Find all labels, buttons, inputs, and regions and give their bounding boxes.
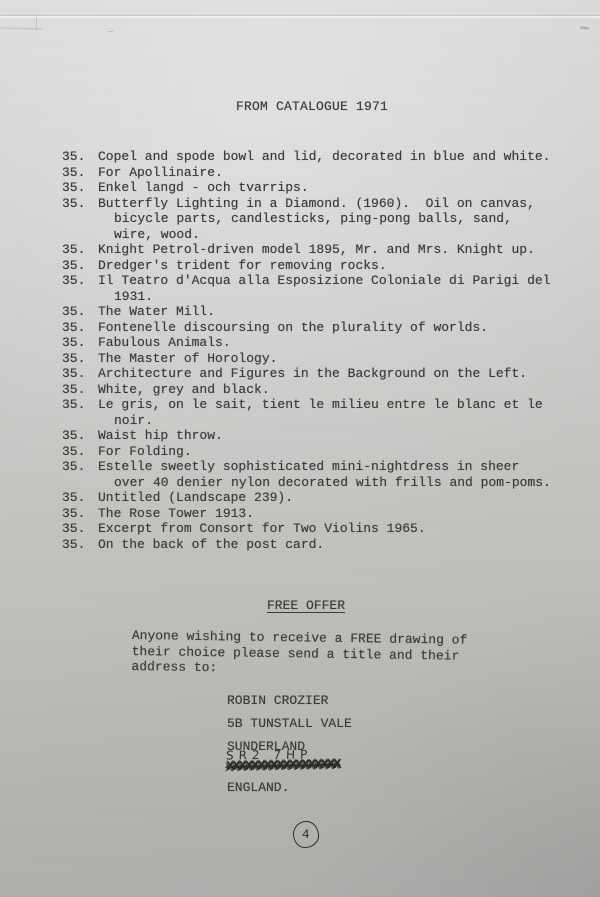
item-text-line: On the back of the post card. (98, 537, 587, 553)
item-number: 35. (62, 335, 98, 351)
item-text-line: Butterfly Lighting in a Diamond. (1960).… (98, 196, 587, 212)
item-number: 35. (62, 149, 98, 165)
list-item: 35.The Water Mill. (62, 304, 587, 320)
item-text: White, grey and black. (98, 382, 587, 398)
item-number: 35. (62, 459, 98, 490)
address-name: ROBIN CROZIER (227, 693, 328, 708)
item-number: 35. (62, 320, 98, 336)
free-offer-paragraph: Anyone wishing to receive a FREE drawing… (131, 628, 467, 679)
item-text-line: Dredger's trident for removing rocks. (98, 258, 587, 274)
item-text: Excerpt from Consort for Two Violins 196… (98, 521, 587, 537)
item-text-line: Fabulous Animals. (98, 335, 587, 351)
item-text-line: Le gris, on le sait, tient le milieu ent… (98, 397, 587, 413)
item-number: 35. (62, 506, 98, 522)
item-text-line: wire, wood. (98, 227, 587, 243)
free-offer-heading: FREE OFFER (267, 598, 345, 613)
item-text: Enkel langd - och tvarrips. (98, 180, 587, 196)
page-title: FROM CATALOGUE 1971 (236, 99, 388, 114)
item-number: 35. (62, 382, 98, 398)
item-text: On the back of the post card. (98, 537, 587, 553)
item-text-line: The Rose Tower 1913. (98, 506, 587, 522)
address-obliterated-line: XXXXXXXXXXXXXXXXXX (226, 757, 340, 774)
item-text-line: Estelle sweetly sophisticated mini-night… (98, 459, 587, 475)
item-number: 35. (62, 366, 98, 382)
item-text: Il Teatro d'Acqua alla Esposizione Colon… (98, 273, 587, 304)
item-text-line: bicycle parts, candlesticks, ping-pong b… (98, 211, 587, 227)
item-text: Architecture and Figures in the Backgrou… (98, 366, 587, 382)
item-number: 35. (62, 351, 98, 367)
item-text-line: Untitled (Landscape 239). (98, 490, 587, 506)
scanned-document-page: FROM CATALOGUE 1971 35.Copel and spode b… (0, 0, 600, 897)
item-text-line: Knight Petrol-driven model 1895, Mr. and… (98, 242, 587, 258)
item-text: Fontenelle discoursing on the plurality … (98, 320, 587, 336)
item-number: 35. (62, 521, 98, 537)
item-text-line: Il Teatro d'Acqua alla Esposizione Colon… (98, 273, 587, 289)
item-text-line: Architecture and Figures in the Backgrou… (98, 366, 587, 382)
list-item: 35.White, grey and black. (62, 382, 587, 398)
item-text-line: For Apollinaire. (98, 165, 587, 181)
item-text: Fabulous Animals. (98, 335, 587, 351)
list-item: 35.Il Teatro d'Acqua alla Esposizione Co… (62, 273, 587, 304)
paper-speck (108, 31, 113, 32)
item-number: 35. (62, 180, 98, 196)
item-number: 35. (62, 444, 98, 460)
item-number: 35. (62, 242, 98, 258)
list-item: 35.On the back of the post card. (62, 537, 587, 553)
item-text-line: The Water Mill. (98, 304, 587, 320)
item-text-line: Copel and spode bowl and lid, decorated … (98, 149, 587, 165)
list-item: 35.For Apollinaire. (62, 165, 587, 181)
list-item: 35.Architecture and Figures in the Backg… (62, 366, 587, 382)
list-item: 35.Butterfly Lighting in a Diamond. (196… (62, 196, 587, 243)
item-text-line: Waist hip throw. (98, 428, 587, 444)
item-text: Knight Petrol-driven model 1895, Mr. and… (98, 242, 587, 258)
list-item: 35.The Rose Tower 1913. (62, 506, 587, 522)
item-number: 35. (62, 304, 98, 320)
list-item: 35.Fabulous Animals. (62, 335, 587, 351)
item-number: 35. (62, 397, 98, 428)
item-text: The Rose Tower 1913. (98, 506, 587, 522)
item-text-line: Enkel langd - och tvarrips. (98, 180, 587, 196)
item-number: 35. (62, 165, 98, 181)
item-text-line: over 40 denier nylon decorated with fril… (98, 475, 587, 491)
item-text: Le gris, on le sait, tient le milieu ent… (98, 397, 587, 428)
address-country: ENGLAND. (227, 780, 289, 795)
item-text-line: noir. (98, 413, 587, 429)
item-text-line: For Folding. (98, 444, 587, 460)
list-item: 35.Knight Petrol-driven model 1895, Mr. … (62, 242, 587, 258)
item-text-line: The Master of Horology. (98, 351, 587, 367)
list-item: 35.Le gris, on le sait, tient le milieu … (62, 397, 587, 428)
list-item: 35.Untitled (Landscape 239). (62, 490, 587, 506)
item-text: Copel and spode bowl and lid, decorated … (98, 149, 587, 165)
item-number: 35. (62, 537, 98, 553)
list-item: 35.Waist hip throw. (62, 428, 587, 444)
list-item: 35.Dredger's trident for removing rocks. (62, 258, 587, 274)
paper-speck (580, 26, 589, 29)
item-text-line: Fontenelle discoursing on the plurality … (98, 320, 587, 336)
item-text-line: 1931. (98, 289, 587, 305)
list-item: 35.The Master of Horology. (62, 351, 587, 367)
item-text: The Water Mill. (98, 304, 587, 320)
item-number: 35. (62, 490, 98, 506)
item-number: 35. (62, 273, 98, 304)
item-text: Waist hip throw. (98, 428, 587, 444)
item-text: Butterfly Lighting in a Diamond. (1960).… (98, 196, 587, 243)
list-item: 35.For Folding. (62, 444, 587, 460)
item-text: Dredger's trident for removing rocks. (98, 258, 587, 274)
item-text: For Apollinaire. (98, 165, 587, 181)
item-text: The Master of Horology. (98, 351, 587, 367)
list-item: 35.Fontenelle discoursing on the plurali… (62, 320, 587, 336)
item-text-line: Excerpt from Consort for Two Violins 196… (98, 521, 587, 537)
item-text: Estelle sweetly sophisticated mini-night… (98, 459, 587, 490)
address-street: 5B TUNSTALL VALE (227, 716, 352, 731)
fold-crease-tick (36, 16, 37, 30)
list-item: 35.Excerpt from Consort for Two Violins … (62, 521, 587, 537)
item-text: Untitled (Landscape 239). (98, 490, 587, 506)
item-text-line: White, grey and black. (98, 382, 587, 398)
item-number: 35. (62, 258, 98, 274)
catalogue-list: 35.Copel and spode bowl and lid, decorat… (62, 149, 587, 552)
item-number: 35. (62, 428, 98, 444)
list-item: 35.Estelle sweetly sophisticated mini-ni… (62, 459, 587, 490)
list-item: 35.Copel and spode bowl and lid, decorat… (62, 149, 587, 165)
item-text: For Folding. (98, 444, 587, 460)
list-item: 35.Enkel langd - och tvarrips. (62, 180, 587, 196)
page-number: 4 (302, 828, 310, 842)
handwritten-page-number-circle: 4 (292, 820, 320, 849)
fold-crease-highlight (0, 16, 600, 18)
item-number: 35. (62, 196, 98, 243)
